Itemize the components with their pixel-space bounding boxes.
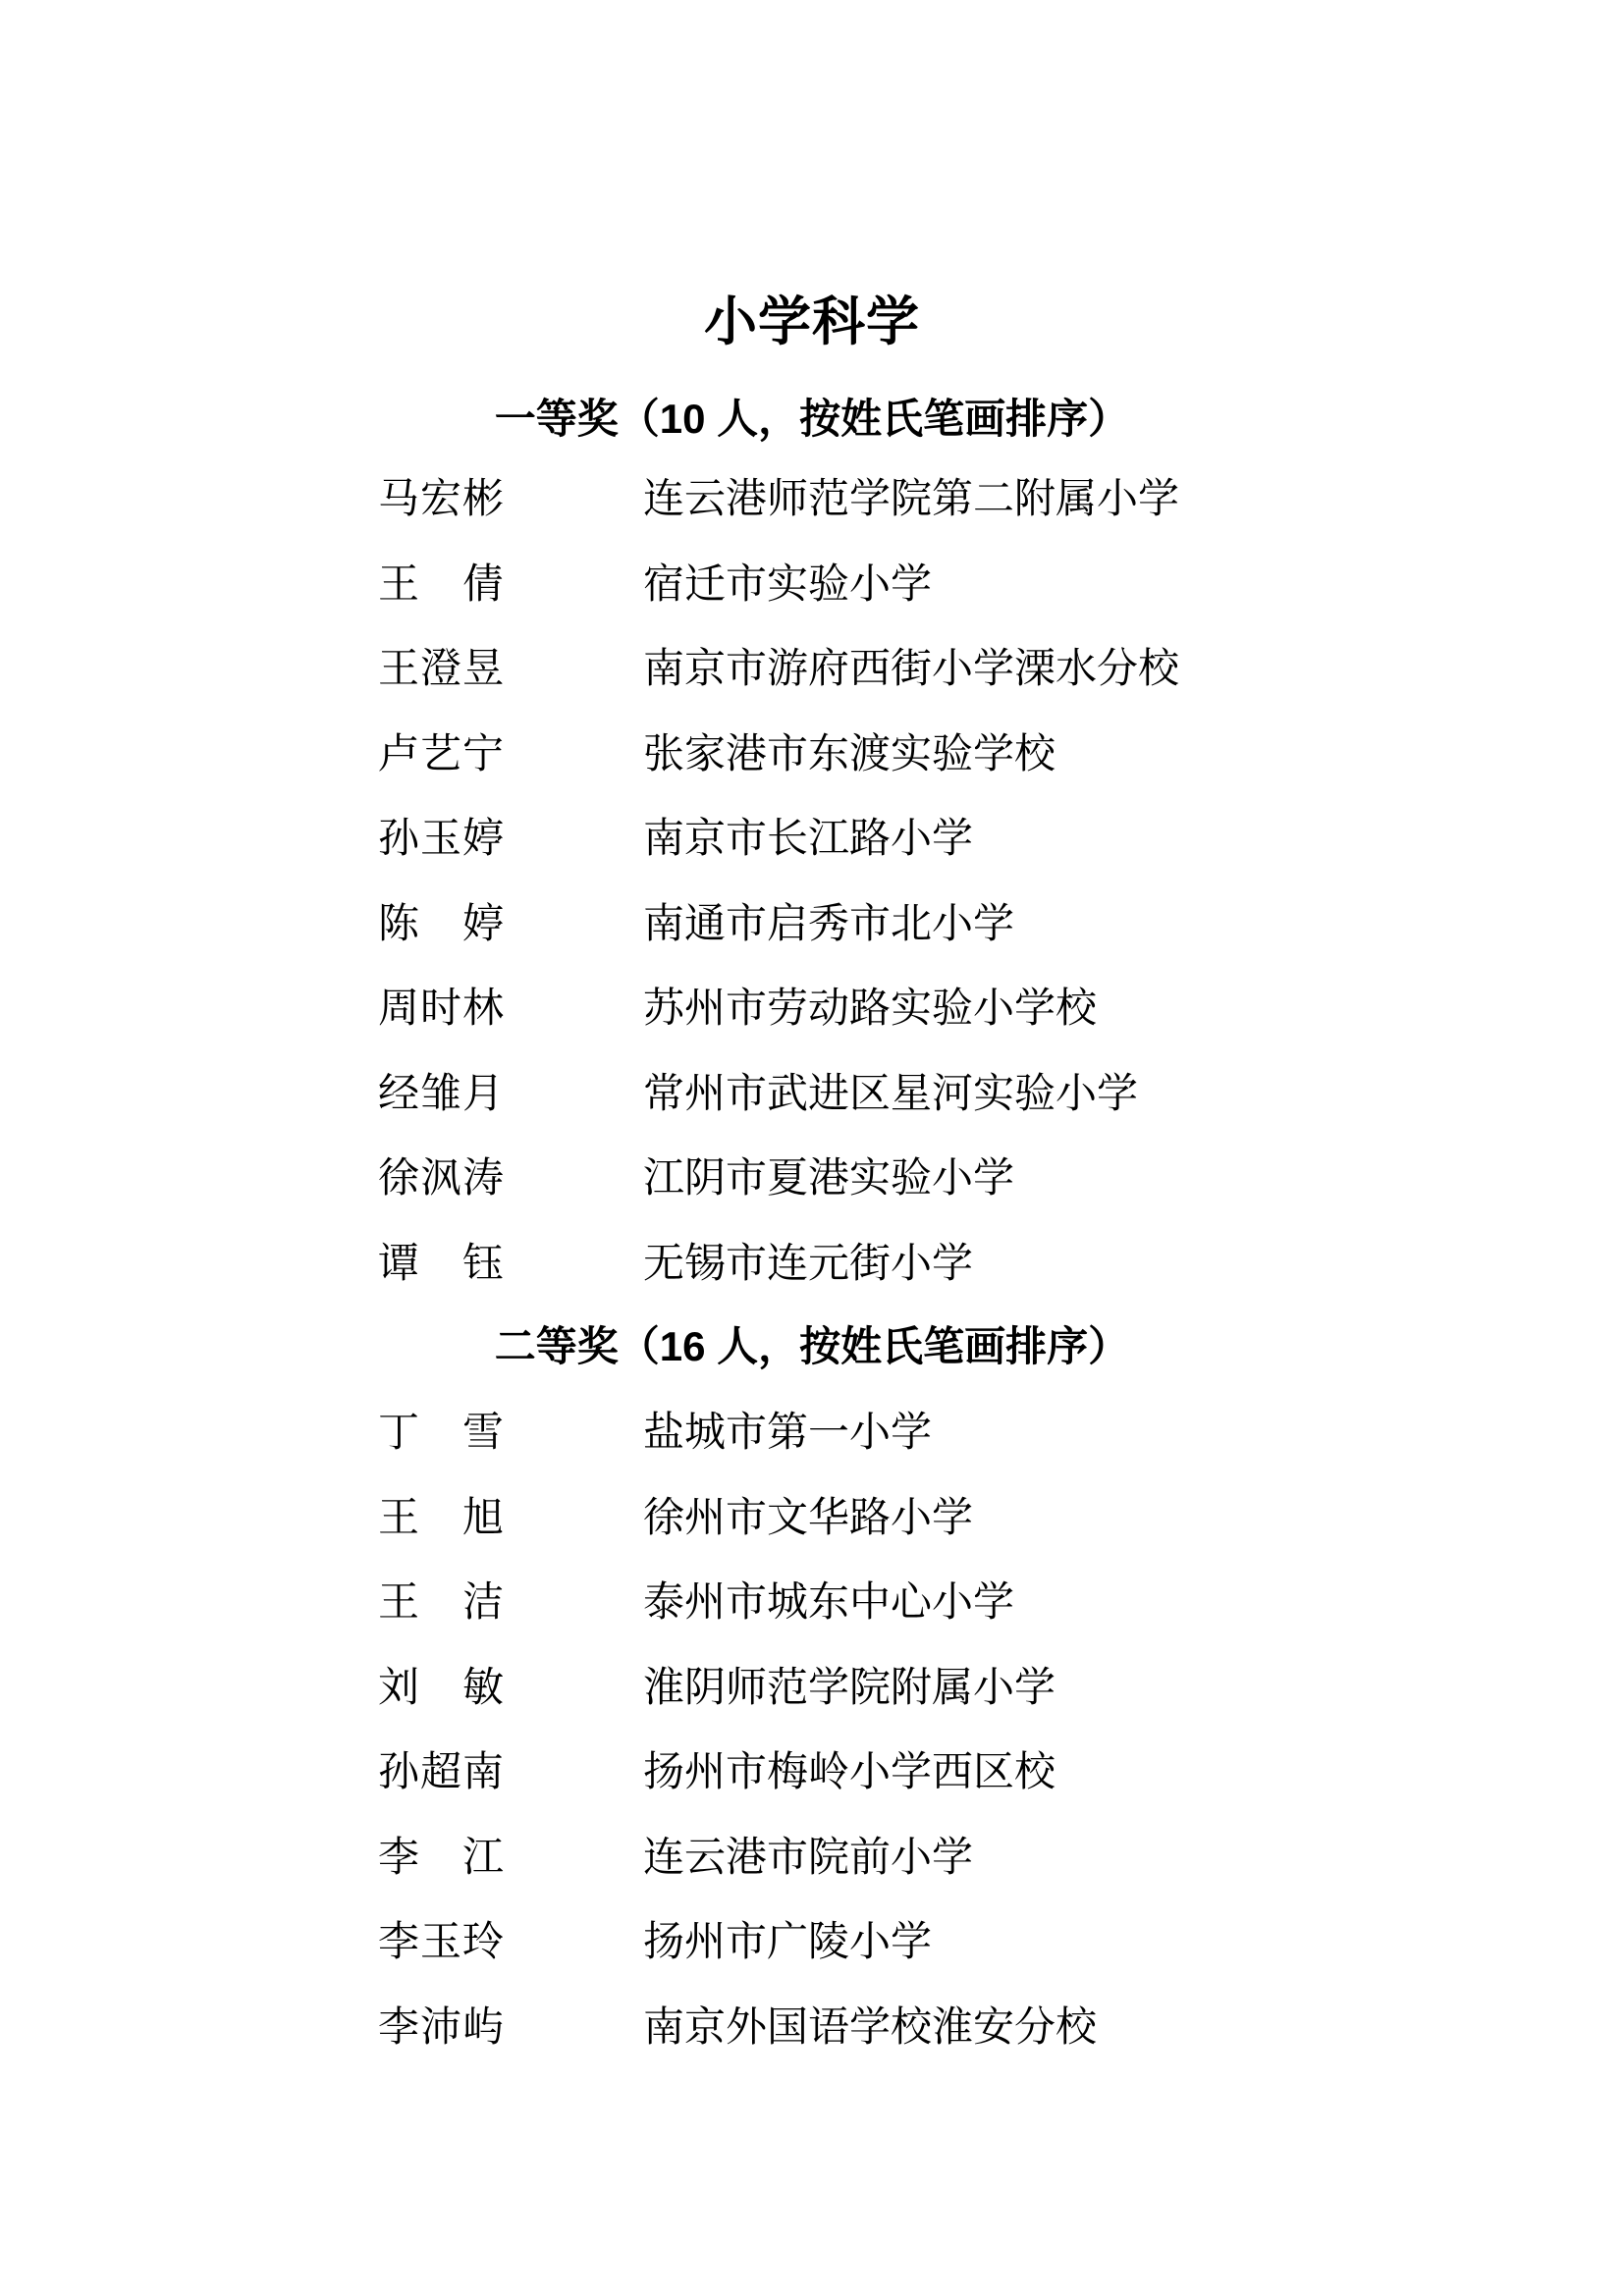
school-name: 徐州市文华路小学 <box>643 1493 1624 1544</box>
awardee-name: 谭钰 <box>378 1239 643 1290</box>
school-name: 张家港市东渡实验学校 <box>643 729 1624 780</box>
section-heading-first-prize: 一等奖（10 人，按姓氏笔画排序） <box>0 395 1624 444</box>
award-row: 经雏月 常州市武进区星河实验小学 <box>0 1052 1624 1138</box>
award-row: 周时林 苏州市劳动路实验小学校 <box>0 967 1624 1052</box>
award-row: 徐沨涛 江阴市夏港实验小学 <box>0 1137 1624 1222</box>
award-row: 王洁 泰州市城东中心小学 <box>0 1561 1624 1646</box>
awardee-name: 陈婷 <box>378 899 643 950</box>
document-page: 小学科学 一等奖（10 人，按姓氏笔画排序） 马宏彬 连云港师范学院第二附属小学… <box>0 0 1624 2296</box>
school-name: 常州市武进区星河实验小学 <box>643 1069 1624 1120</box>
awardee-name: 王澄昱 <box>378 644 643 695</box>
award-row: 丁雪 盐城市第一小学 <box>0 1391 1624 1476</box>
page-title: 小学科学 <box>0 294 1624 350</box>
award-row: 刘敏 淮阴师范学院附属小学 <box>0 1646 1624 1732</box>
awardee-name: 王洁 <box>378 1577 643 1629</box>
school-name: 扬州市广陵小学 <box>643 1917 1624 1968</box>
awardee-name: 孙超南 <box>378 1747 643 1798</box>
awardee-name: 王倩 <box>378 560 643 611</box>
award-row: 李沛屿 南京外国语学校淮安分校 <box>0 1986 1624 2071</box>
first-prize-list: 马宏彬 连云港师范学院第二附属小学 王倩 宿迁市实验小学 王澄昱 南京市游府西街… <box>0 457 1624 1307</box>
award-row: 孙玉婷 南京市长江路小学 <box>0 797 1624 882</box>
award-row: 陈婷 南通市启秀市北小学 <box>0 882 1624 968</box>
school-name: 淮阴师范学院附属小学 <box>643 1663 1624 1714</box>
school-name: 南京市游府西街小学溧水分校 <box>643 644 1624 695</box>
award-row: 王澄昱 南京市游府西街小学溧水分校 <box>0 627 1624 713</box>
award-row: 王旭 徐州市文华路小学 <box>0 1476 1624 1562</box>
school-name: 南京市长江路小学 <box>643 814 1624 865</box>
awardee-name: 李玉玲 <box>378 1917 643 1968</box>
award-row: 孙超南 扬州市梅岭小学西区校 <box>0 1731 1624 1816</box>
award-row: 谭钰 无锡市连元街小学 <box>0 1222 1624 1308</box>
school-name: 苏州市劳动路实验小学校 <box>643 984 1624 1035</box>
school-name: 盐城市第一小学 <box>643 1408 1624 1459</box>
award-row: 李江 连云港市院前小学 <box>0 1816 1624 1901</box>
awardee-name: 马宏彬 <box>378 474 643 525</box>
awardee-name: 经雏月 <box>378 1069 643 1120</box>
school-name: 宿迁市实验小学 <box>643 560 1624 611</box>
awardee-name: 李沛屿 <box>378 2002 643 2054</box>
awardee-name: 刘敏 <box>378 1663 643 1714</box>
awardee-name: 丁雪 <box>378 1408 643 1459</box>
school-name: 连云港市院前小学 <box>643 1833 1624 1884</box>
school-name: 无锡市连元街小学 <box>643 1239 1624 1290</box>
award-row: 李玉玲 扬州市广陵小学 <box>0 1900 1624 1986</box>
awardee-name: 卢艺宁 <box>378 729 643 780</box>
award-row: 王倩 宿迁市实验小学 <box>0 543 1624 628</box>
awardee-name: 孙玉婷 <box>378 814 643 865</box>
award-row: 卢艺宁 张家港市东渡实验学校 <box>0 713 1624 798</box>
second-prize-list: 丁雪 盐城市第一小学 王旭 徐州市文华路小学 王洁 泰州市城东中心小学 刘敏 淮… <box>0 1391 1624 2070</box>
school-name: 南通市启秀市北小学 <box>643 899 1624 950</box>
awardee-name: 周时林 <box>378 984 643 1035</box>
awardee-name: 王旭 <box>378 1493 643 1544</box>
school-name: 扬州市梅岭小学西区校 <box>643 1747 1624 1798</box>
school-name: 连云港师范学院第二附属小学 <box>643 474 1624 525</box>
school-name: 泰州市城东中心小学 <box>643 1577 1624 1629</box>
school-name: 江阴市夏港实验小学 <box>643 1153 1624 1204</box>
award-row: 马宏彬 连云港师范学院第二附属小学 <box>0 457 1624 543</box>
awardee-name: 徐沨涛 <box>378 1153 643 1204</box>
awardee-name: 李江 <box>378 1833 643 1884</box>
section-heading-second-prize: 二等奖（16 人，按姓氏笔画排序） <box>0 1322 1624 1371</box>
school-name: 南京外国语学校淮安分校 <box>643 2002 1624 2054</box>
